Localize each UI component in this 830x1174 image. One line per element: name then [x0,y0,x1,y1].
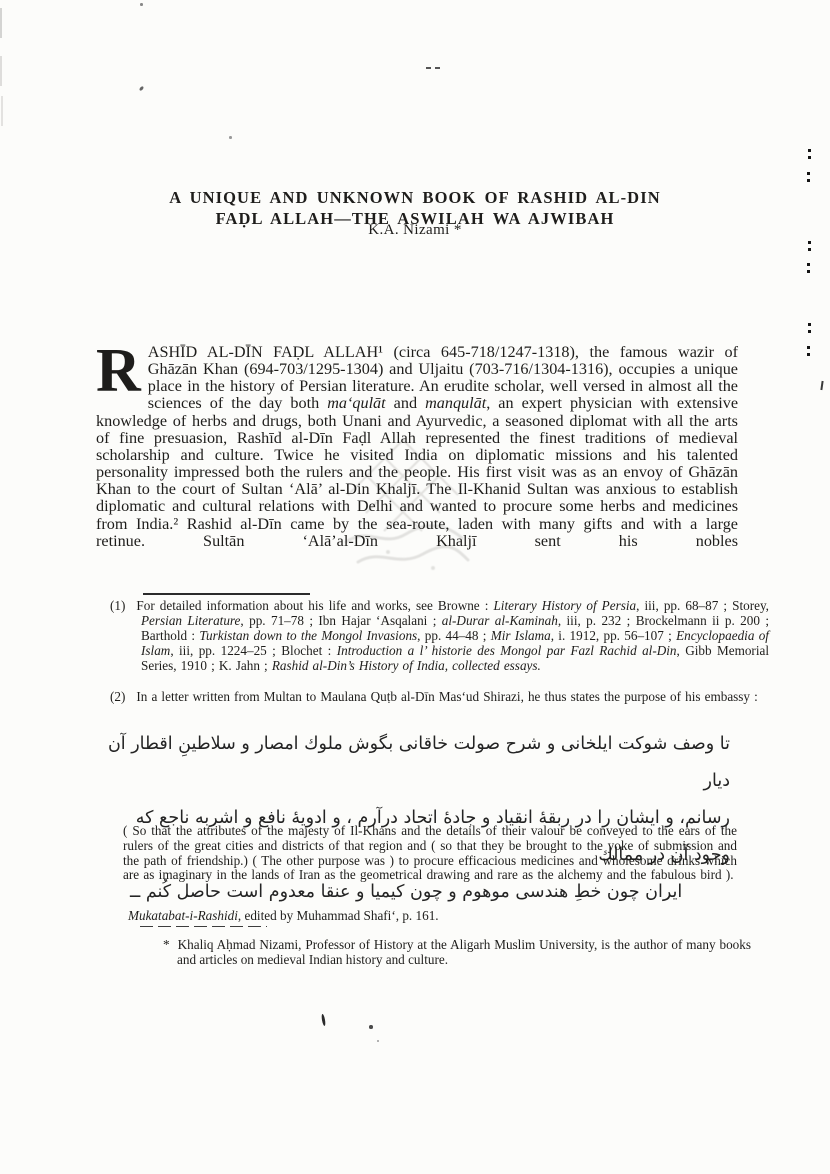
source-citation-rest: , edited by Muhammad Shafi‘, p. 161. [238,908,439,923]
footnote-1-text: , iii, pp. 68–87 ; Storey, [636,598,769,613]
scan-artifact-dots [808,149,811,152]
scan-artifact-speck [229,136,232,139]
persian-quotation: تا وصف شوكت ايلخانى و شرح صولت خاقانى بگ… [100,726,730,911]
footnote-1: (1)For detailed information about his li… [110,599,769,674]
footnote-1-text: , iii, pp. 1224–25 ; Blochet : [170,643,336,658]
footnote-1-text: , pp. 71–78 ; Ibn Hajar ‘Asqalani ; [240,613,441,628]
paragraph-segment: and [386,394,425,412]
scan-artifact-speck [139,86,145,92]
footnote-2-text: In a letter written from Multan to Maula… [136,689,757,704]
paragraph-segment-italic: manqulāt [425,394,486,412]
scan-artifact-dots [808,241,811,244]
paragraph-segment: , an expert physician with extensive kno… [96,394,738,549]
scan-artifact-tick [820,381,823,390]
quotation-translation: ( So that the attributes of the majesty … [123,824,737,883]
scan-artifact-dashes [426,67,431,69]
footnote-1-text-italic: Rashid al-Din’s History of India, collec… [272,658,541,673]
footnote-1-number: (1) [110,598,125,613]
scan-artifact-edge-smudge [0,8,2,38]
footnote-1-text: , pp. 44–48 ; [417,628,491,643]
persian-quotation-line1: تا وصف شوكت ايلخانى و شرح صولت خاقانى بگ… [100,726,730,800]
asterisk-marker: * [163,937,170,952]
footnote-rule [143,593,310,595]
footnote-1-text: , i. 1912, pp. 56–107 ; [551,628,676,643]
footnote-1-text-italic: Persian Literature [141,613,240,628]
scan-artifact-dots [807,172,810,175]
footnote-1-text-italic: Turkistan down to the Mongol Invasions [199,628,417,643]
footnote-2-number: (2) [110,689,125,704]
author-affiliation-note: *Khaliq Aḥmad Nizami, Professor of Histo… [163,937,751,967]
scan-artifact-paren [321,1014,326,1026]
scan-artifact-dots [807,263,810,266]
scan-artifact-dots [808,323,811,326]
scan-artifact-dots [807,346,810,349]
author-note-rule [140,926,267,927]
article-title-line1: A UNIQUE AND UNKNOWN BOOK OF RASHID AL-D… [169,188,661,207]
article-author: K.A. Nizami * [85,222,745,239]
footnote-1-text-italic: Introduction a l’ historie des Mongol pa… [337,643,677,658]
footnote-2: (2)In a letter written from Multan to Ma… [110,690,769,705]
scan-artifact-speck [140,3,143,6]
footnote-1-text: For detailed information about his life … [136,598,493,613]
footnote-1-text-italic: al-Durar al-Kaminah [442,613,558,628]
footnote-1-text-italic: Literary History of Persia [493,598,636,613]
article-paragraph: RASHĪD AL-DĪN FAḌL ALLAH¹ (circa 645-718… [96,344,738,550]
source-citation: Mukatabat-i-Rashidi, edited by Muhammad … [128,908,737,924]
paragraph-segment-italic: ma‘qulāt [327,394,385,412]
author-affiliation-text: Khaliq Aḥmad Nizami, Professor of Histor… [177,937,751,967]
scan-artifact-speck [369,1025,373,1029]
drop-cap: R [96,347,141,397]
footnote-1-text-italic: Mir Islama [491,628,551,643]
scan-artifact-speck [377,1040,379,1042]
source-citation-title: Mukatabat-i-Rashidi [128,908,238,923]
scanned-paper-page: A UNIQUE AND UNKNOWN BOOK OF RASHID AL-D… [0,0,830,1174]
